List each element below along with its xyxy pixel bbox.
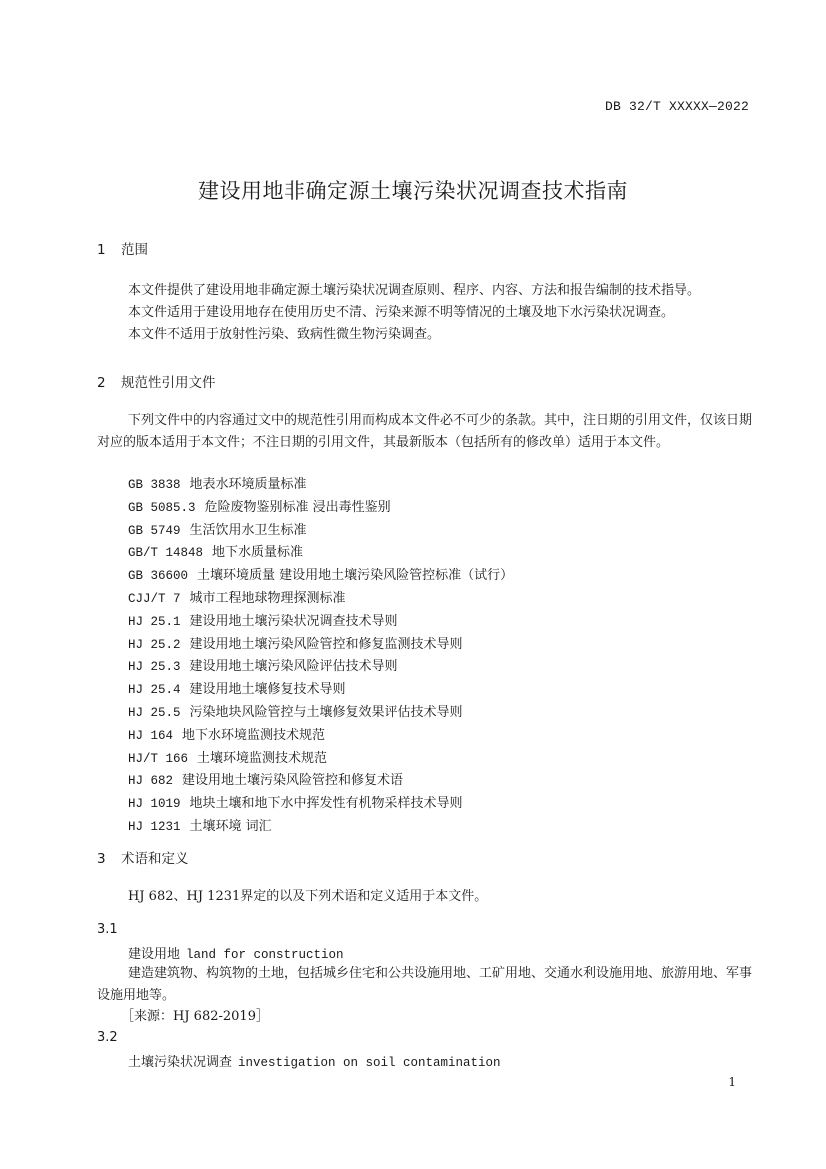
reference-title: 建设用地土壤修复技术导则 [190,682,346,697]
document-title: 建设用地非确定源土壤污染状况调查技术指南 [0,175,826,205]
reference-item: HJ/T 166土壤环境监测技术规范 [128,748,513,771]
reference-title: 建设用地土壤污染风险管控和修复术语 [182,773,403,788]
section-title: 范围 [121,242,148,258]
page-number: 1 [728,1075,736,1089]
reference-item: GB/T 14848地下水质量标准 [128,542,513,565]
section-number: 3 [97,851,121,867]
reference-code: GB/T 14848 [128,546,203,560]
reference-code: HJ 164 [128,729,173,743]
section-heading-normative-references: 2规范性引用文件 [97,371,216,391]
term-zh: 土壤污染状况调查 [128,1055,232,1070]
reference-item: HJ 25.1建设用地土壤污染状况调查技术导则 [128,611,513,634]
reference-title: 建设用地土壤污染风险评估技术导则 [190,659,398,674]
reference-code: HJ 682 [128,774,173,788]
section-title: 术语和定义 [121,851,189,867]
term-definition: 建造建筑物、构筑物的土地，包括城乡住宅和公共设施用地、工矿用地、交通水利设施用地… [97,963,752,1007]
reference-item: GB 3838地表水环境质量标准 [128,474,513,497]
reference-item: HJ 25.2建设用地土壤污染风险管控和修复监测技术导则 [128,634,513,657]
reference-code: HJ 25.2 [128,638,181,652]
term-en: investigation on soil contamination [238,1056,501,1070]
reference-title: 土壤环境 词汇 [190,819,272,834]
reference-code: HJ/T 166 [128,752,188,766]
section-heading-scope: 1范围 [97,238,148,258]
reference-code: HJ 25.1 [128,615,181,629]
reference-item: GB 5749生活饮用水卫生标准 [128,520,513,543]
reference-item: HJ 25.5污染地块风险管控与土壤修复效果评估技术导则 [128,702,513,725]
reference-item: HJ 25.4建设用地土壤修复技术导则 [128,679,513,702]
reference-code: HJ 25.5 [128,706,181,720]
term-zh: 建设用地 [128,947,180,962]
paragraph: 本文件提供了建设用地非确定源土壤污染状况调查原则、程序、内容、方法和报告编制的技… [128,280,700,302]
reference-title: 城市工程地球物理探测标准 [190,591,346,606]
section-title: 规范性引用文件 [121,375,216,391]
paragraph: 本文件不适用于放射性污染、致病性微生物污染调查。 [128,324,440,346]
reference-code: CJJ/T 7 [128,592,181,606]
section-number: 1 [97,242,121,258]
term-en: land for construction [186,948,344,962]
reference-title: 建设用地土壤污染风险管控和修复监测技术导则 [190,637,463,652]
reference-title: 地下水环境监测技术规范 [182,728,325,743]
term-title: 建设用地land for construction [128,943,344,962]
reference-code: GB 5085.3 [128,501,196,515]
reference-item: GB 5085.3危险废物鉴别标准 浸出毒性鉴别 [128,497,513,520]
section-number: 2 [97,375,121,391]
references-intro: 下列文件中的内容通过文中的规范性引用而构成本文件必不可少的条款。其中，注日期的引… [97,410,752,454]
terms-intro: HJ 682、HJ 1231界定的以及下列术语和定义适用于本文件。 [128,886,487,908]
reference-title: 土壤环境监测技术规范 [197,751,327,766]
reference-list: GB 3838地表水环境质量标准 GB 5085.3危险废物鉴别标准 浸出毒性鉴… [128,474,513,839]
reference-title: 地表水环境质量标准 [190,477,307,492]
reference-item: CJJ/T 7城市工程地球物理探测标准 [128,588,513,611]
term-source: ［来源：HJ 682-2019］ [121,1006,269,1028]
reference-code: HJ 1019 [128,797,181,811]
term-number: 3.2 [97,1030,118,1045]
reference-title: 建设用地土壤污染状况调查技术导则 [190,614,398,629]
term-title: 土壤污染状况调查investigation on soil contaminat… [128,1051,501,1070]
reference-title: 土壤环境质量 建设用地土壤污染风险管控标准（试行） [197,568,513,583]
reference-code: GB 36600 [128,569,188,583]
reference-item: GB 36600土壤环境质量 建设用地土壤污染风险管控标准（试行） [128,565,513,588]
term-number: 3.1 [97,922,118,937]
reference-title: 地下水质量标准 [212,545,303,560]
reference-code: HJ 1231 [128,820,181,834]
reference-code: HJ 25.4 [128,683,181,697]
reference-item: HJ 682建设用地土壤污染风险管控和修复术语 [128,770,513,793]
reference-title: 危险废物鉴别标准 浸出毒性鉴别 [205,500,391,515]
reference-item: HJ 1231土壤环境 词汇 [128,816,513,839]
reference-item: HJ 164地下水环境监测技术规范 [128,725,513,748]
reference-code: HJ 25.3 [128,660,181,674]
section-heading-terms-definitions: 3术语和定义 [97,847,189,867]
reference-title: 生活饮用水卫生标准 [190,523,307,538]
paragraph: 本文件适用于建设用地存在使用历史不清、污染来源不明等情况的土壤及地下水污染状况调… [128,302,674,324]
reference-code: GB 5749 [128,524,181,538]
reference-item: HJ 25.3建设用地土壤污染风险评估技术导则 [128,656,513,679]
reference-item: HJ 1019地块土壤和地下水中挥发性有机物采样技术导则 [128,793,513,816]
reference-title: 污染地块风险管控与土壤修复效果评估技术导则 [190,705,463,720]
reference-title: 地块土壤和地下水中挥发性有机物采样技术导则 [190,796,463,811]
reference-code: GB 3838 [128,478,181,492]
standard-code: DB 32/T XXXXX—2022 [605,99,749,114]
